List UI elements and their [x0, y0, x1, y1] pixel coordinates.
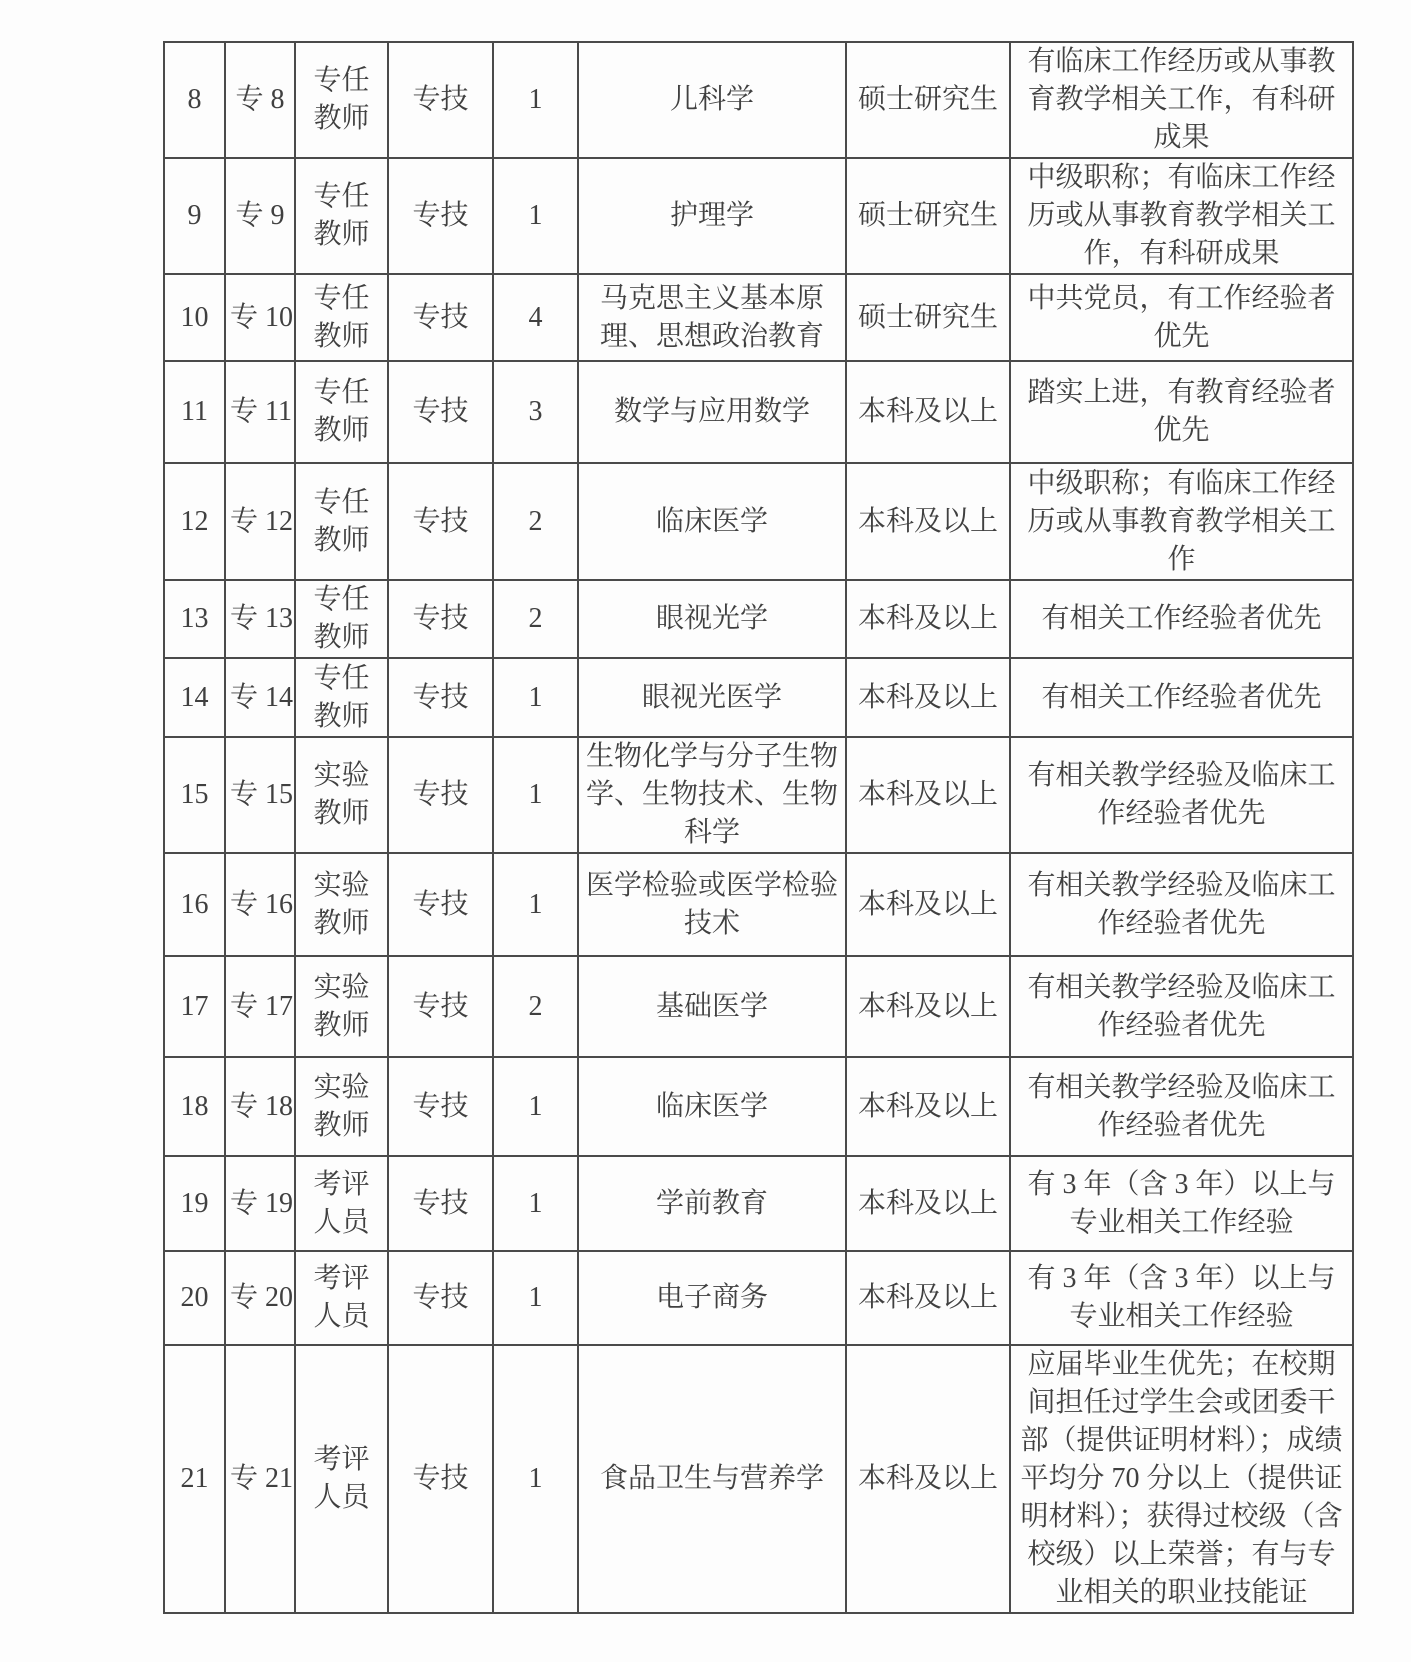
- position-title: 考评人员: [295, 1156, 388, 1251]
- position-title: 专任教师: [295, 361, 388, 463]
- position-title: 专任教师: [295, 42, 388, 158]
- row-number: 12: [164, 463, 225, 580]
- row-number: 16: [164, 853, 225, 956]
- table-row: 11 专 11 专任教师 专技 3 数学与应用数学 本科及以上 踏实上进，有教育…: [164, 361, 1353, 463]
- education-requirement: 本科及以上: [846, 1057, 1010, 1156]
- major: 护理学: [578, 158, 846, 274]
- headcount: 1: [493, 658, 578, 737]
- position-code: 专 9: [225, 158, 295, 274]
- row-number: 8: [164, 42, 225, 158]
- other-requirements: 有相关教学经验及临床工作经验者优先: [1010, 853, 1353, 956]
- document-page: 8 专 8 专任教师 专技 1 儿科学 硕士研究生 有临床工作经历或从事教育教学…: [0, 0, 1411, 1662]
- table-row: 13 专 13 专任教师 专技 2 眼视光学 本科及以上 有相关工作经验者优先: [164, 580, 1353, 658]
- position-code: 专 16: [225, 853, 295, 956]
- major: 临床医学: [578, 463, 846, 580]
- position-category: 专技: [388, 42, 493, 158]
- headcount: 1: [493, 1345, 578, 1613]
- major: 学前教育: [578, 1156, 846, 1251]
- other-requirements: 有 3 年（含 3 年）以上与专业相关工作经验: [1010, 1156, 1353, 1251]
- position-category: 专技: [388, 956, 493, 1057]
- major: 生物化学与分子生物学、生物技术、生物科学: [578, 737, 846, 853]
- table-row: 12 专 12 专任教师 专技 2 临床医学 本科及以上 中级职称；有临床工作经…: [164, 463, 1353, 580]
- other-requirements: 中级职称；有临床工作经历或从事教育教学相关工作: [1010, 463, 1353, 580]
- position-category: 专技: [388, 1345, 493, 1613]
- position-code: 专 10: [225, 274, 295, 361]
- major: 医学检验或医学检验技术: [578, 853, 846, 956]
- position-code: 专 15: [225, 737, 295, 853]
- table-row: 9 专 9 专任教师 专技 1 护理学 硕士研究生 中级职称；有临床工作经历或从…: [164, 158, 1353, 274]
- position-code: 专 13: [225, 580, 295, 658]
- position-title: 专任教师: [295, 274, 388, 361]
- position-code: 专 11: [225, 361, 295, 463]
- table-row: 18 专 18 实验教师 专技 1 临床医学 本科及以上 有相关教学经验及临床工…: [164, 1057, 1353, 1156]
- position-category: 专技: [388, 361, 493, 463]
- education-requirement: 硕士研究生: [846, 158, 1010, 274]
- position-code: 专 8: [225, 42, 295, 158]
- position-title: 专任教师: [295, 158, 388, 274]
- education-requirement: 本科及以上: [846, 580, 1010, 658]
- position-code: 专 17: [225, 956, 295, 1057]
- other-requirements: 有相关教学经验及临床工作经验者优先: [1010, 956, 1353, 1057]
- table-row: 8 专 8 专任教师 专技 1 儿科学 硕士研究生 有临床工作经历或从事教育教学…: [164, 42, 1353, 158]
- other-requirements: 中共党员，有工作经验者优先: [1010, 274, 1353, 361]
- table-row: 20 专 20 考评人员 专技 1 电子商务 本科及以上 有 3 年（含 3 年…: [164, 1251, 1353, 1345]
- education-requirement: 硕士研究生: [846, 274, 1010, 361]
- headcount: 4: [493, 274, 578, 361]
- other-requirements: 有相关教学经验及临床工作经验者优先: [1010, 737, 1353, 853]
- headcount: 2: [493, 580, 578, 658]
- table-row: 14 专 14 专任教师 专技 1 眼视光医学 本科及以上 有相关工作经验者优先: [164, 658, 1353, 737]
- table-row: 15 专 15 实验教师 专技 1 生物化学与分子生物学、生物技术、生物科学 本…: [164, 737, 1353, 853]
- headcount: 1: [493, 42, 578, 158]
- headcount: 1: [493, 1057, 578, 1156]
- position-category: 专技: [388, 658, 493, 737]
- other-requirements: 踏实上进，有教育经验者优先: [1010, 361, 1353, 463]
- table-row: 21 专 21 考评人员 专技 1 食品卫生与营养学 本科及以上 应届毕业生优先…: [164, 1345, 1353, 1613]
- recruitment-positions-table: 8 专 8 专任教师 专技 1 儿科学 硕士研究生 有临床工作经历或从事教育教学…: [163, 41, 1354, 1614]
- major: 儿科学: [578, 42, 846, 158]
- headcount: 1: [493, 853, 578, 956]
- education-requirement: 本科及以上: [846, 658, 1010, 737]
- position-code: 专 12: [225, 463, 295, 580]
- row-number: 21: [164, 1345, 225, 1613]
- education-requirement: 硕士研究生: [846, 42, 1010, 158]
- position-code: 专 20: [225, 1251, 295, 1345]
- major: 临床医学: [578, 1057, 846, 1156]
- position-title: 实验教师: [295, 853, 388, 956]
- row-number: 19: [164, 1156, 225, 1251]
- education-requirement: 本科及以上: [846, 1156, 1010, 1251]
- education-requirement: 本科及以上: [846, 463, 1010, 580]
- other-requirements: 有相关工作经验者优先: [1010, 580, 1353, 658]
- headcount: 1: [493, 737, 578, 853]
- other-requirements: 有相关教学经验及临床工作经验者优先: [1010, 1057, 1353, 1156]
- position-category: 专技: [388, 158, 493, 274]
- major: 马克思主义基本原理、思想政治教育: [578, 274, 846, 361]
- major: 基础医学: [578, 956, 846, 1057]
- education-requirement: 本科及以上: [846, 1345, 1010, 1613]
- headcount: 2: [493, 956, 578, 1057]
- row-number: 9: [164, 158, 225, 274]
- education-requirement: 本科及以上: [846, 361, 1010, 463]
- position-category: 专技: [388, 274, 493, 361]
- position-category: 专技: [388, 1057, 493, 1156]
- position-code: 专 19: [225, 1156, 295, 1251]
- table-row: 16 专 16 实验教师 专技 1 医学检验或医学检验技术 本科及以上 有相关教…: [164, 853, 1353, 956]
- position-category: 专技: [388, 463, 493, 580]
- table-row: 19 专 19 考评人员 专技 1 学前教育 本科及以上 有 3 年（含 3 年…: [164, 1156, 1353, 1251]
- row-number: 13: [164, 580, 225, 658]
- other-requirements: 中级职称；有临床工作经历或从事教育教学相关工作，有科研成果: [1010, 158, 1353, 274]
- position-code: 专 18: [225, 1057, 295, 1156]
- position-title: 专任教师: [295, 580, 388, 658]
- other-requirements: 有 3 年（含 3 年）以上与专业相关工作经验: [1010, 1251, 1353, 1345]
- education-requirement: 本科及以上: [846, 737, 1010, 853]
- other-requirements: 有临床工作经历或从事教育教学相关工作，有科研成果: [1010, 42, 1353, 158]
- headcount: 3: [493, 361, 578, 463]
- position-title: 考评人员: [295, 1251, 388, 1345]
- table-row: 10 专 10 专任教师 专技 4 马克思主义基本原理、思想政治教育 硕士研究生…: [164, 274, 1353, 361]
- position-title: 实验教师: [295, 1057, 388, 1156]
- row-number: 14: [164, 658, 225, 737]
- position-code: 专 14: [225, 658, 295, 737]
- major: 电子商务: [578, 1251, 846, 1345]
- major: 食品卫生与营养学: [578, 1345, 846, 1613]
- headcount: 1: [493, 1251, 578, 1345]
- position-title: 实验教师: [295, 737, 388, 853]
- position-title: 专任教师: [295, 463, 388, 580]
- position-title: 考评人员: [295, 1345, 388, 1613]
- position-code: 专 21: [225, 1345, 295, 1613]
- position-category: 专技: [388, 853, 493, 956]
- education-requirement: 本科及以上: [846, 956, 1010, 1057]
- position-title: 实验教师: [295, 956, 388, 1057]
- other-requirements: 应届毕业生优先；在校期间担任过学生会或团委干部（提供证明材料）；成绩平均分 70…: [1010, 1345, 1353, 1613]
- position-category: 专技: [388, 1156, 493, 1251]
- major: 眼视光医学: [578, 658, 846, 737]
- headcount: 1: [493, 1156, 578, 1251]
- row-number: 18: [164, 1057, 225, 1156]
- headcount: 2: [493, 463, 578, 580]
- headcount: 1: [493, 158, 578, 274]
- row-number: 15: [164, 737, 225, 853]
- row-number: 11: [164, 361, 225, 463]
- education-requirement: 本科及以上: [846, 853, 1010, 956]
- education-requirement: 本科及以上: [846, 1251, 1010, 1345]
- position-title: 专任教师: [295, 658, 388, 737]
- other-requirements: 有相关工作经验者优先: [1010, 658, 1353, 737]
- position-category: 专技: [388, 580, 493, 658]
- row-number: 20: [164, 1251, 225, 1345]
- position-category: 专技: [388, 1251, 493, 1345]
- major: 数学与应用数学: [578, 361, 846, 463]
- position-category: 专技: [388, 737, 493, 853]
- row-number: 10: [164, 274, 225, 361]
- table-row: 17 专 17 实验教师 专技 2 基础医学 本科及以上 有相关教学经验及临床工…: [164, 956, 1353, 1057]
- row-number: 17: [164, 956, 225, 1057]
- major: 眼视光学: [578, 580, 846, 658]
